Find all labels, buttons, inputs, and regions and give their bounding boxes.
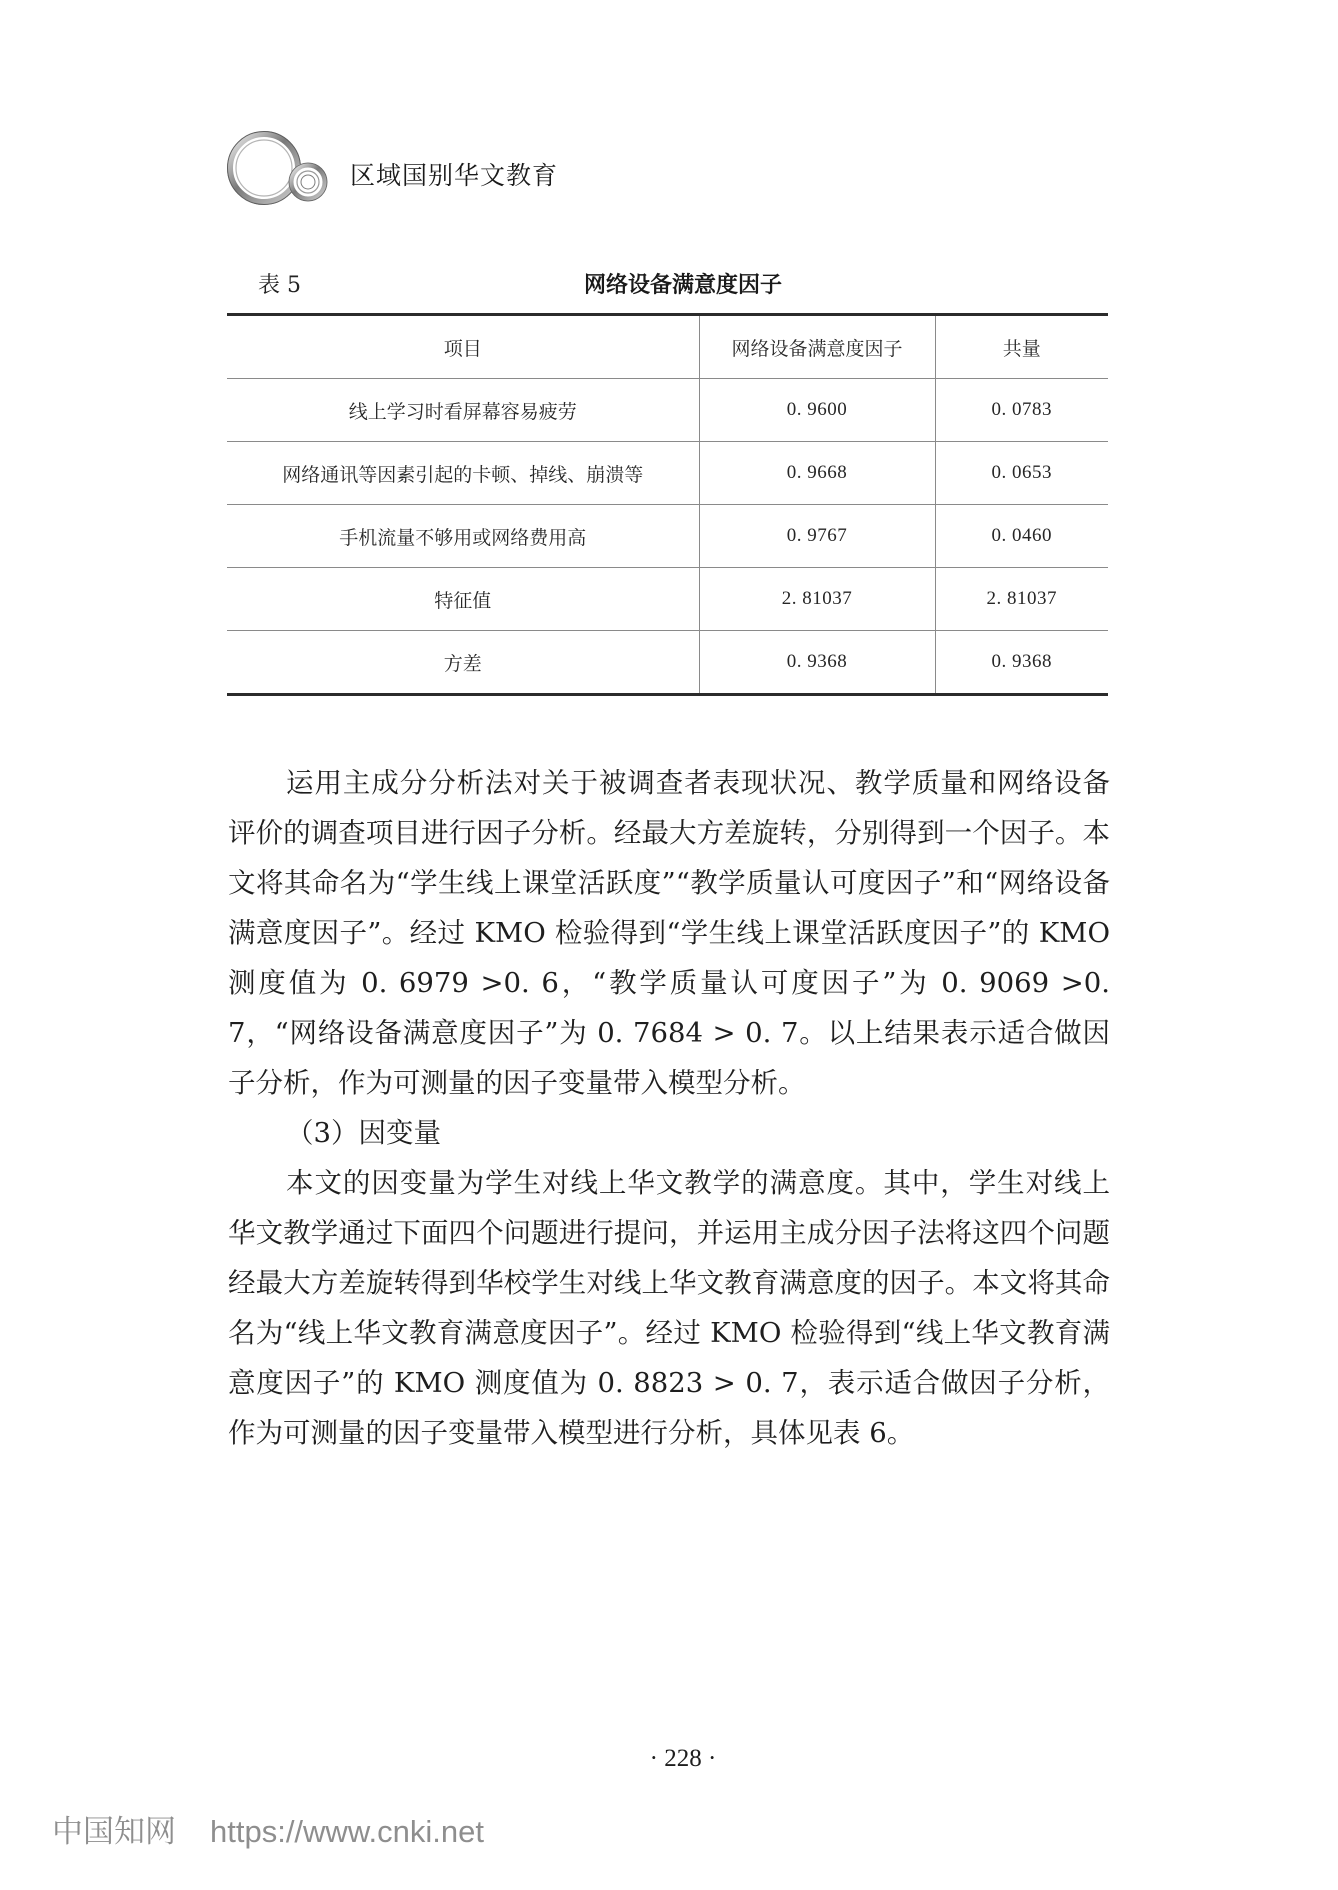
column-header-communality: 共量 xyxy=(935,315,1108,379)
cell-communality: 0. 9368 xyxy=(935,631,1108,695)
page-number: · 228 · xyxy=(0,1745,1338,1773)
table-header-row: 项目 网络设备满意度因子 共量 xyxy=(227,315,1108,379)
body-text: 运用主成分分析法对关于被调查者表现状况、教学质量和网络设备评价的调查项目进行因子… xyxy=(228,758,1110,1458)
cnki-watermark: 中国知网https://www.cnki.net xyxy=(52,1806,484,1851)
table-row: 网络通讯等因素引起的卡顿、掉线、崩溃等 0. 9668 0. 0653 xyxy=(227,442,1108,505)
section-heading: （3）因变量 xyxy=(228,1108,1110,1158)
watermark-brand: 中国知网 xyxy=(52,1814,176,1849)
paragraph: 运用主成分分析法对关于被调查者表现状况、教学质量和网络设备评价的调查项目进行因子… xyxy=(228,758,1110,1108)
cell-communality: 0. 0460 xyxy=(935,505,1108,568)
cell-factor: 0. 9368 xyxy=(699,631,935,695)
column-header-item: 项目 xyxy=(227,315,699,379)
table-row-variance: 方差 0. 9368 0. 9368 xyxy=(227,631,1108,695)
table-caption: 表 5 网络设备满意度因子 xyxy=(258,268,1108,304)
cell-item: 网络通讯等因素引起的卡顿、掉线、崩溃等 xyxy=(227,442,699,505)
cell-communality: 0. 0653 xyxy=(935,442,1108,505)
cell-factor: 0. 9767 xyxy=(699,505,935,568)
table-row: 线上学习时看屏幕容易疲劳 0. 9600 0. 0783 xyxy=(227,379,1108,442)
cell-item: 方差 xyxy=(227,631,699,695)
cell-item: 手机流量不够用或网络费用高 xyxy=(227,505,699,568)
cell-factor: 0. 9668 xyxy=(699,442,935,505)
cell-item: 线上学习时看屏幕容易疲劳 xyxy=(227,379,699,442)
table-row: 手机流量不够用或网络费用高 0. 9767 0. 0460 xyxy=(227,505,1108,568)
paragraph: 本文的因变量为学生对线上华文教学的满意度。其中，学生对线上华文教学通过下面四个问… xyxy=(228,1158,1110,1458)
book-title: 区域国别华文教育 xyxy=(350,156,558,192)
cell-factor: 0. 9600 xyxy=(699,379,935,442)
running-header: 区域国别华文教育 xyxy=(226,130,726,210)
concentric-circles-logo-icon xyxy=(226,130,346,210)
table-title: 网络设备满意度因子 xyxy=(258,268,1108,299)
cell-item: 特征值 xyxy=(227,568,699,631)
column-header-factor: 网络设备满意度因子 xyxy=(699,315,935,379)
cell-factor: 2. 81037 xyxy=(699,568,935,631)
watermark-url: https://www.cnki.net xyxy=(210,1814,484,1849)
table-row-eigenvalue: 特征值 2. 81037 2. 81037 xyxy=(227,568,1108,631)
factor-table: 项目 网络设备满意度因子 共量 线上学习时看屏幕容易疲劳 0. 9600 0. … xyxy=(227,313,1108,696)
cell-communality: 0. 0783 xyxy=(935,379,1108,442)
cell-communality: 2. 81037 xyxy=(935,568,1108,631)
